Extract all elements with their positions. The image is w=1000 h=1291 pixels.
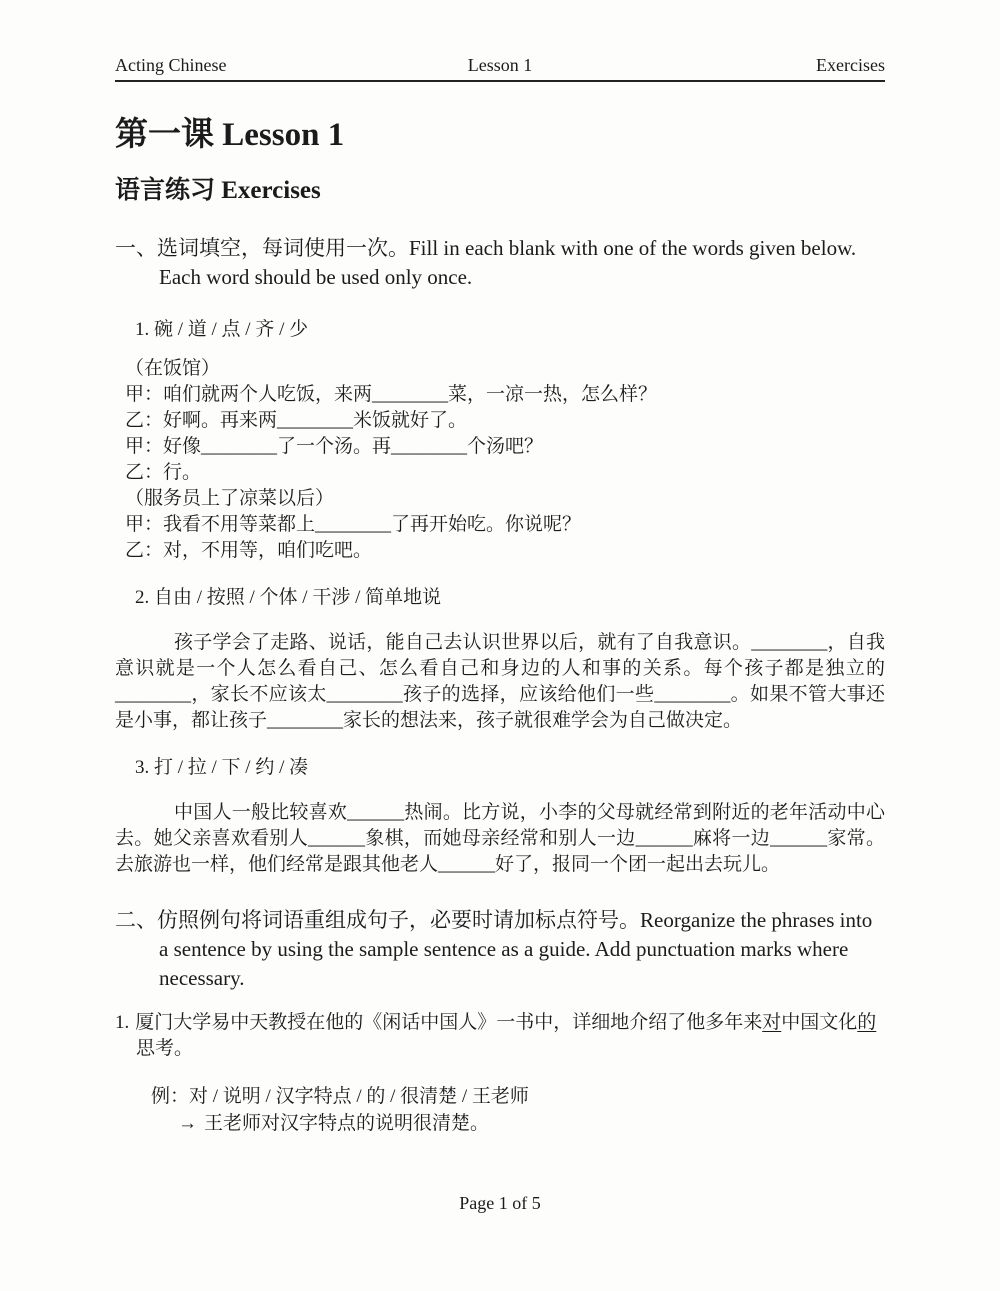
example-phrases: 对 / 说明 / 汉字特点 / 的 / 很清楚 / 王老师 (189, 1086, 529, 1107)
item-text: 思考。 (136, 1038, 193, 1059)
item-2-paragraph: 孩子学会了走路、说话，能自己去认识世界以后，就有了自我意识。________，自… (115, 630, 885, 734)
section-two-number: 二、 (115, 908, 157, 932)
exercises-subtitle: 语言练习 Exercises (115, 178, 885, 204)
dialogue-line-b: 乙：对，不用等，咱们吃吧。 (125, 538, 885, 564)
item-3-paragraph: 中国人一般比较喜欢______热闹。比方说，小李的父母就经常到附近的老年活动中心… (115, 800, 885, 878)
section-one-heading: 一、选词填空，每词使用一次。Fill in each blank with on… (115, 234, 885, 292)
example-answer-line: →王老师对汉字特点的说明很清楚。 (151, 1110, 885, 1137)
header-right-text: Exercises (816, 55, 885, 75)
example-block: 例：对 / 说明 / 汉字特点 / 的 / 很清楚 / 王老师 →王老师对汉字特… (115, 1083, 885, 1137)
dialogue-line-b: 乙：好啊。再来两________米饭就好了。 (125, 408, 885, 434)
item-3-word-bank: 3. 打 / 拉 / 下 / 约 / 凑 (115, 755, 885, 781)
section-two-heading: 二、仿照例句将词语重组成句子，必要时请加标点符号。Reorganize the … (115, 906, 885, 993)
item-2-word-bank: 2. 自由 / 按照 / 个体 / 干涉 / 简单地说 (115, 585, 885, 611)
example-phrases-line: 例：对 / 说明 / 汉字特点 / 的 / 很清楚 / 王老师 (151, 1083, 885, 1110)
dialogue-stage-direction: （服务员上了凉菜以后） (125, 486, 885, 512)
item-1-word-bank: 1. 碗 / 道 / 点 / 齐 / 少 (115, 317, 885, 343)
section-two-item-1: 1.厦门大学易中天教授在他的《闲话中国人》一书中，详细地介绍了他多年来对中国文化… (115, 1010, 885, 1062)
dialogue-line-a: 甲：好像________了一个汤。再________个汤吧？ (125, 434, 885, 460)
underlined-word: 的 (857, 1012, 876, 1033)
dialogue-line-a: 甲：我看不用等菜都上________了再开始吃。你说呢？ (125, 512, 885, 538)
lesson-title: 第一课 Lesson 1 (115, 118, 885, 152)
section-one-instruction: 选词填空，每词使用一次。Fill in each blank with one … (157, 236, 856, 289)
dialogue-stage-direction: （在饭馆） (125, 356, 885, 382)
arrow-icon: → (178, 1113, 197, 1134)
example-label: 例： (151, 1086, 189, 1107)
item-number: 1. (115, 1012, 129, 1033)
dialogue-line-b: 乙：行。 (125, 460, 885, 486)
dialogue-line-a: 甲：咱们就两个人吃饭，来两________菜，一凉一热，怎么样？ (125, 382, 885, 408)
header-center-text: Lesson 1 (115, 55, 885, 75)
page-number: Page 1 of 5 (0, 1193, 1000, 1214)
item-1-dialogue: （在饭馆） 甲：咱们就两个人吃饭，来两________菜，一凉一热，怎么样？ 乙… (115, 356, 885, 564)
section-two-instruction: 仿照例句将词语重组成句子，必要时请加标点符号。Reorganize the ph… (157, 908, 872, 990)
header-left-text: Acting Chinese (115, 55, 226, 75)
underlined-word: 对 (762, 1012, 781, 1033)
item-text: 中国文化 (781, 1012, 857, 1033)
running-header: Lesson 1 Acting Chinese Exercises (115, 55, 885, 75)
section-one-number: 一、 (115, 236, 157, 260)
item-text: 厦门大学易中天教授在他的《闲话中国人》一书中，详细地介绍了他多年来 (135, 1012, 762, 1033)
header-rule (115, 80, 885, 82)
example-answer: 王老师对汉字特点的说明很清楚。 (204, 1113, 489, 1134)
document-page: Lesson 1 Acting Chinese Exercises 第一课 Le… (0, 0, 1000, 1291)
